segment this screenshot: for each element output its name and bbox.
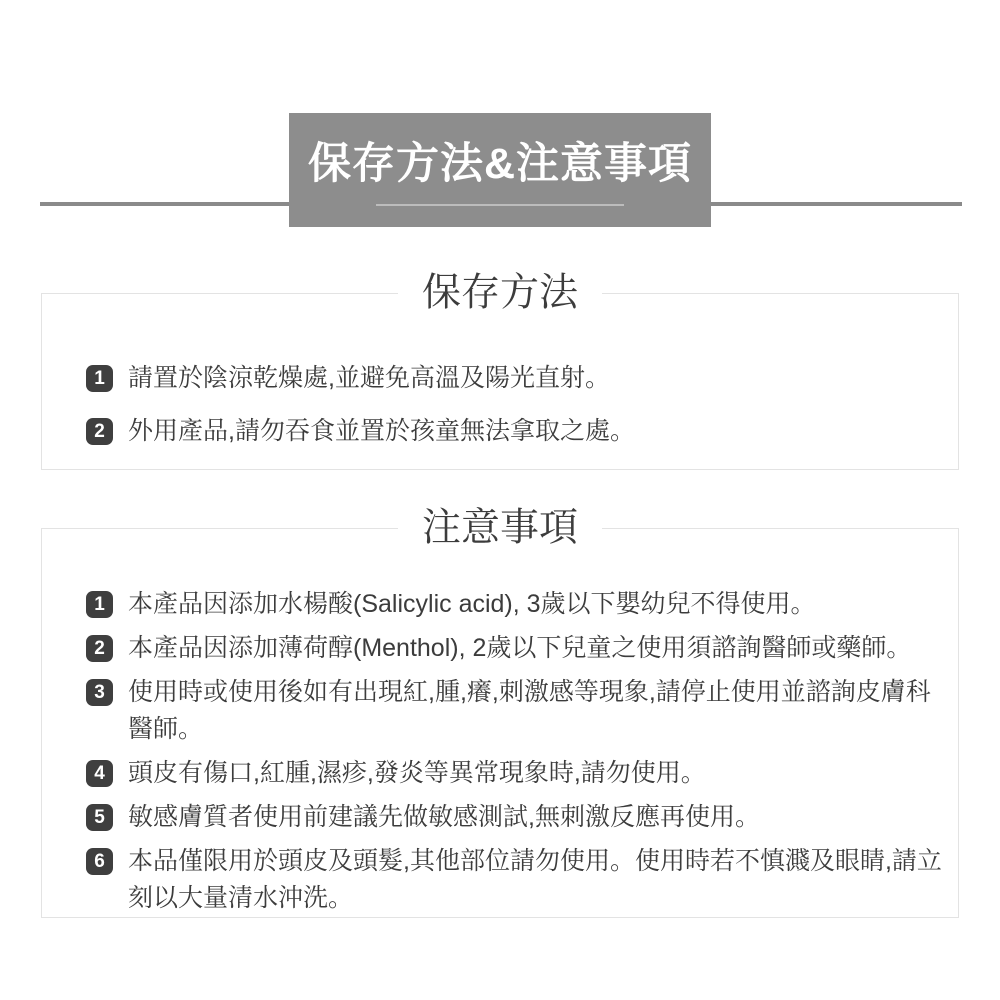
item-number-badge: 6 — [86, 848, 113, 875]
item-text: 請置於陰涼乾燥處,並避免高溫及陽光直射。 — [128, 360, 610, 397]
item-text: 本產品因添加水楊酸(Salicylic acid), 3歲以下嬰幼兒不得使用。 — [128, 586, 816, 623]
item-text: 本產品因添加薄荷醇(Menthol), 2歲以下兒童之使用須諮詢醫師或藥師。 — [128, 630, 911, 667]
cautions-item-list: 1 本產品因添加水楊酸(Salicylic acid), 3歲以下嬰幼兒不得使用… — [42, 529, 958, 917]
header-banner: 保存方法&注意事項 — [289, 113, 711, 227]
list-item: 1 本產品因添加水楊酸(Salicylic acid), 3歲以下嬰幼兒不得使用… — [86, 586, 958, 623]
storage-method-section: 保存方法 1 請置於陰涼乾燥處,並避免高溫及陽光直射。 2 外用產品,請勿吞食並… — [41, 293, 959, 470]
list-item: 2 外用產品,請勿吞食並置於孩童無法拿取之處。 — [86, 413, 958, 450]
item-number-badge: 3 — [86, 679, 113, 706]
item-text: 本品僅限用於頭皮及頭髮,其他部位請勿使用。使用時若不慎濺及眼睛,請立刻以大量清水… — [128, 843, 950, 917]
cautions-section-title: 注意事項 — [398, 508, 602, 551]
item-number-badge: 1 — [86, 365, 113, 392]
list-item: 6 本品僅限用於頭皮及頭髮,其他部位請勿使用。使用時若不慎濺及眼睛,請立刻以大量… — [86, 843, 958, 917]
item-number-badge: 2 — [86, 635, 113, 662]
list-item: 2 本產品因添加薄荷醇(Menthol), 2歲以下兒童之使用須諮詢醫師或藥師。 — [86, 630, 958, 667]
item-number-badge: 2 — [86, 418, 113, 445]
product-info-page: 保存方法&注意事項 保存方法 1 請置於陰涼乾燥處,並避免高溫及陽光直射。 2 … — [0, 0, 1000, 1000]
list-item: 4 頭皮有傷口,紅腫,濕疹,發炎等異常現象時,請勿使用。 — [86, 755, 958, 792]
list-item: 1 請置於陰涼乾燥處,並避免高溫及陽光直射。 — [86, 360, 958, 397]
item-text: 使用時或使用後如有出現紅,腫,癢,刺激感等現象,請停止使用並諮詢皮膚科醫師。 — [128, 674, 950, 748]
storage-section-title: 保存方法 — [398, 273, 602, 316]
item-number-badge: 5 — [86, 804, 113, 831]
list-item: 3 使用時或使用後如有出現紅,腫,癢,刺激感等現象,請停止使用並諮詢皮膚科醫師。 — [86, 674, 958, 748]
storage-item-list: 1 請置於陰涼乾燥處,並避免高溫及陽光直射。 2 外用產品,請勿吞食並置於孩童無… — [42, 294, 958, 450]
page-title: 保存方法&注意事項 — [289, 130, 711, 191]
item-number-badge: 1 — [86, 591, 113, 618]
item-text: 敏感膚質者使用前建議先做敏感測試,無刺激反應再使用。 — [128, 799, 760, 836]
item-number-badge: 4 — [86, 760, 113, 787]
list-item: 5 敏感膚質者使用前建議先做敏感測試,無刺激反應再使用。 — [86, 799, 958, 836]
item-text: 頭皮有傷口,紅腫,濕疹,發炎等異常現象時,請勿使用。 — [128, 755, 706, 792]
cautions-section: 注意事項 1 本產品因添加水楊酸(Salicylic acid), 3歲以下嬰幼… — [41, 528, 959, 918]
header-underline — [376, 204, 624, 206]
header-band: 保存方法&注意事項 — [0, 0, 1000, 227]
item-text: 外用產品,請勿吞食並置於孩童無法拿取之處。 — [128, 413, 635, 450]
